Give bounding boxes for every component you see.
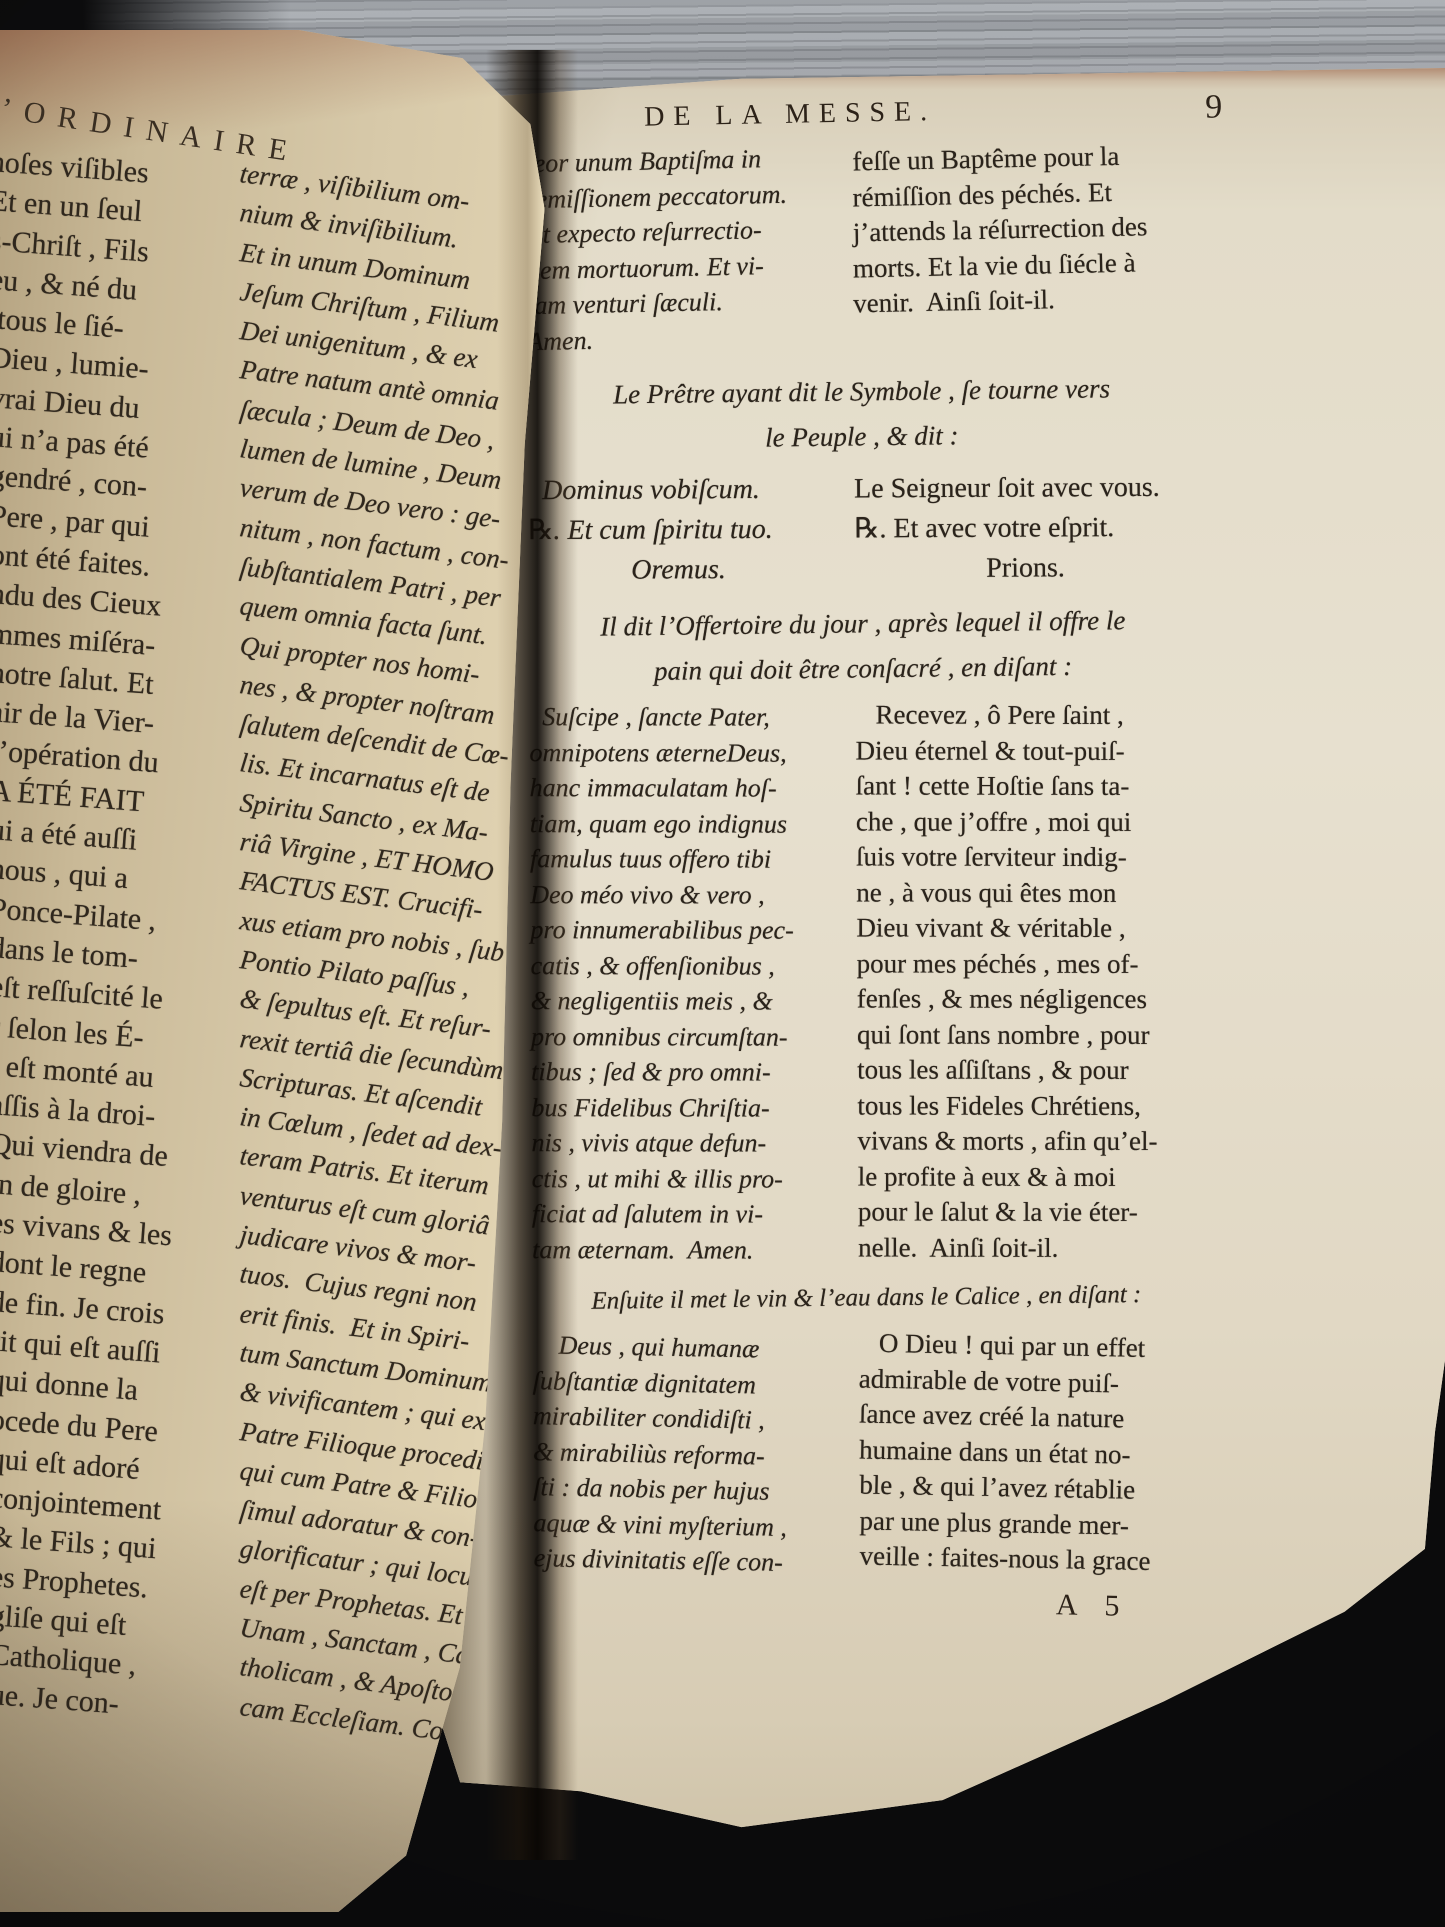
text-line: Il dit l’Offertoire du jour , après lequ…: [529, 597, 1198, 650]
offertory-section: Suſcipe , ſancte Pater,omnipotens æterne…: [529, 694, 1445, 1267]
right-page-header: DE LA MESSE. 9: [526, 91, 1194, 146]
text-line: veille : faites-nous la grace: [859, 1538, 1202, 1580]
text-line: Prions.: [854, 548, 1196, 590]
signature-mark: A 5: [1056, 1588, 1147, 1624]
text-line: ſti : da nobis per hujus: [533, 1469, 834, 1510]
text-line: Recevez , ô Pere ſaint ,: [855, 697, 1197, 733]
text-line: ℞. Et avec votre eſprit.: [854, 508, 1196, 550]
text-line: vivans & morts , afin qu’el-: [858, 1123, 1200, 1159]
text-line: ſance avez créé la nature: [859, 1396, 1202, 1438]
text-line: tous les aſſiſtans , & pour: [857, 1052, 1199, 1088]
text-line: pour mes péchés , mes of-: [857, 946, 1199, 982]
text-line: venir. Ainſi ſoit-il.: [853, 279, 1196, 322]
text-line: ble , & qui l’avez rétablie: [859, 1467, 1202, 1509]
running-title: DE LA MESSE.: [644, 96, 936, 134]
wine-water-section: Deus , qui humanæſubſtantiæ dignitatemmi…: [533, 1322, 1445, 1575]
text-line: che , que j’offre , moi qui: [856, 804, 1198, 840]
book-photo: DE LA MESSE. 9 teor unum Baptiſma inremi…: [0, 0, 1445, 1927]
text-line: pain qui doit être conſacré , en diſant …: [529, 642, 1197, 695]
french-versicles: Le Seigneur ſoit avec vous.℞. Et avec vo…: [854, 468, 1197, 590]
text-line: ejus divinitatis eſſe con-: [533, 1540, 834, 1581]
page-number: 9: [1205, 89, 1222, 127]
text-line: ſuis votre ſerviteur indig-: [856, 839, 1198, 875]
french-column: O Dieu ! qui par un effetadmirable de vo…: [859, 1324, 1202, 1574]
text-line: Enſuite il met le vin & l’eau dans le Ca…: [532, 1273, 1200, 1323]
french-column: Recevez , ô Pere ſaint ,Dieu éternel & t…: [855, 696, 1200, 1266]
text-line: Le Prêtre ayant dit le Symbole , ſe tour…: [527, 365, 1195, 418]
text-line: Dieu éternel & tout-puiſ-: [855, 733, 1197, 769]
text-line: O Dieu ! qui par un effet: [858, 1325, 1201, 1367]
text-line: tous les Fideles Chrétiens,: [857, 1088, 1199, 1124]
french-column: feſſe un Baptême pour larémiſſion des pé…: [852, 143, 1195, 358]
rubric-symbole: Le Prêtre ayant dit le Symbole , ſe tour…: [528, 368, 1196, 461]
text-line: Dieu vivant & véritable ,: [856, 910, 1198, 946]
text-line: ſant ! cette Hoſtie ſans ta-: [856, 768, 1198, 804]
text-line: qui ſont ſans nombre , pour: [857, 1017, 1199, 1053]
credo-end-section: teor unum Baptiſma inremiſſionem peccato…: [526, 141, 1442, 359]
rubric-offertoire: Il dit l’Offertoire du jour , après lequ…: [529, 600, 1197, 693]
text-line: pour le ſalut & la vie éter-: [858, 1194, 1200, 1230]
versicles-section: Dominus vobiſcum.℞. Et cum ſpiritu tuo.O…: [528, 466, 1444, 591]
right-page-content: DE LA MESSE. 9 teor unum Baptiſma inremi…: [436, 65, 1445, 1626]
rubric-calice: Enſuite il met le vin & l’eau dans le Ca…: [532, 1276, 1200, 1321]
text-line: le profite à eux & à moi: [858, 1159, 1200, 1195]
text-line: aquæ & vini myſterium ,: [533, 1505, 834, 1546]
text-line: nelle. Ainſi ſoit-il.: [858, 1230, 1200, 1266]
right-page: DE LA MESSE. 9 teor unum Baptiſma inremi…: [440, 68, 1445, 1863]
text-line: fenſes , & mes négligences: [857, 981, 1199, 1017]
text-line: le Peuple , & dit :: [528, 410, 1196, 463]
text-line: ne , à vous qui êtes mon: [856, 875, 1198, 911]
text-line: Le Seigneur ſoit avec vous.: [854, 468, 1196, 510]
